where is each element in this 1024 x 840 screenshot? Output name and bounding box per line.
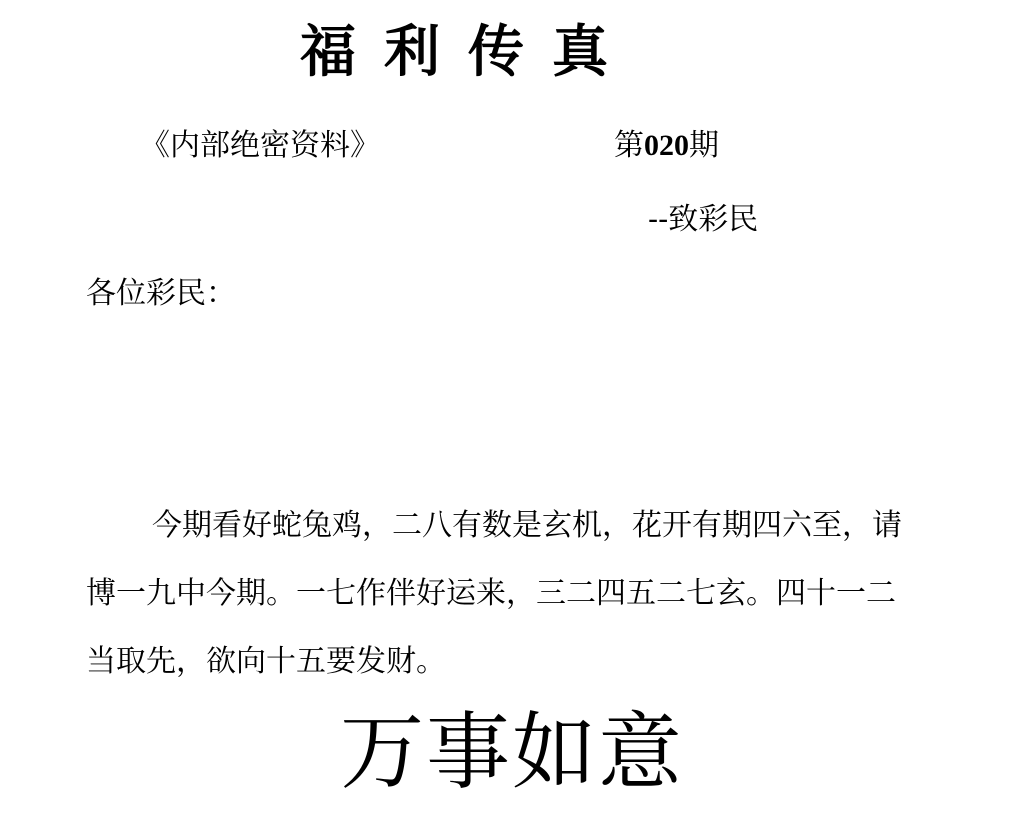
document-title: 福利传真 <box>300 18 650 88</box>
body-line: 今期看好蛇兔鸡，二八有数是玄机，花开有期四六至，请 <box>86 492 986 560</box>
addressee: --致彩民 <box>648 200 758 240</box>
document-subtitle: 《内部绝密资料》 <box>140 126 380 166</box>
salutation: 各位彩民： <box>86 274 236 314</box>
body-line: 博一九中今期。一七作伴好运来，三二四五二七玄。四十一二 <box>86 560 986 628</box>
issue-suffix: 期 <box>689 128 719 163</box>
issue-prefix: 第 <box>614 128 644 163</box>
body-line: 当取先，欲向十五要发财。 <box>86 628 986 696</box>
body-paragraph: 今期看好蛇兔鸡，二八有数是玄机，花开有期四六至，请 博一九中今期。一七作伴好运来… <box>86 492 986 696</box>
closing-blessing: 万事如意 <box>340 702 684 802</box>
issue-number: 第020期 <box>614 126 719 166</box>
issue-number-value: 020 <box>644 129 689 162</box>
